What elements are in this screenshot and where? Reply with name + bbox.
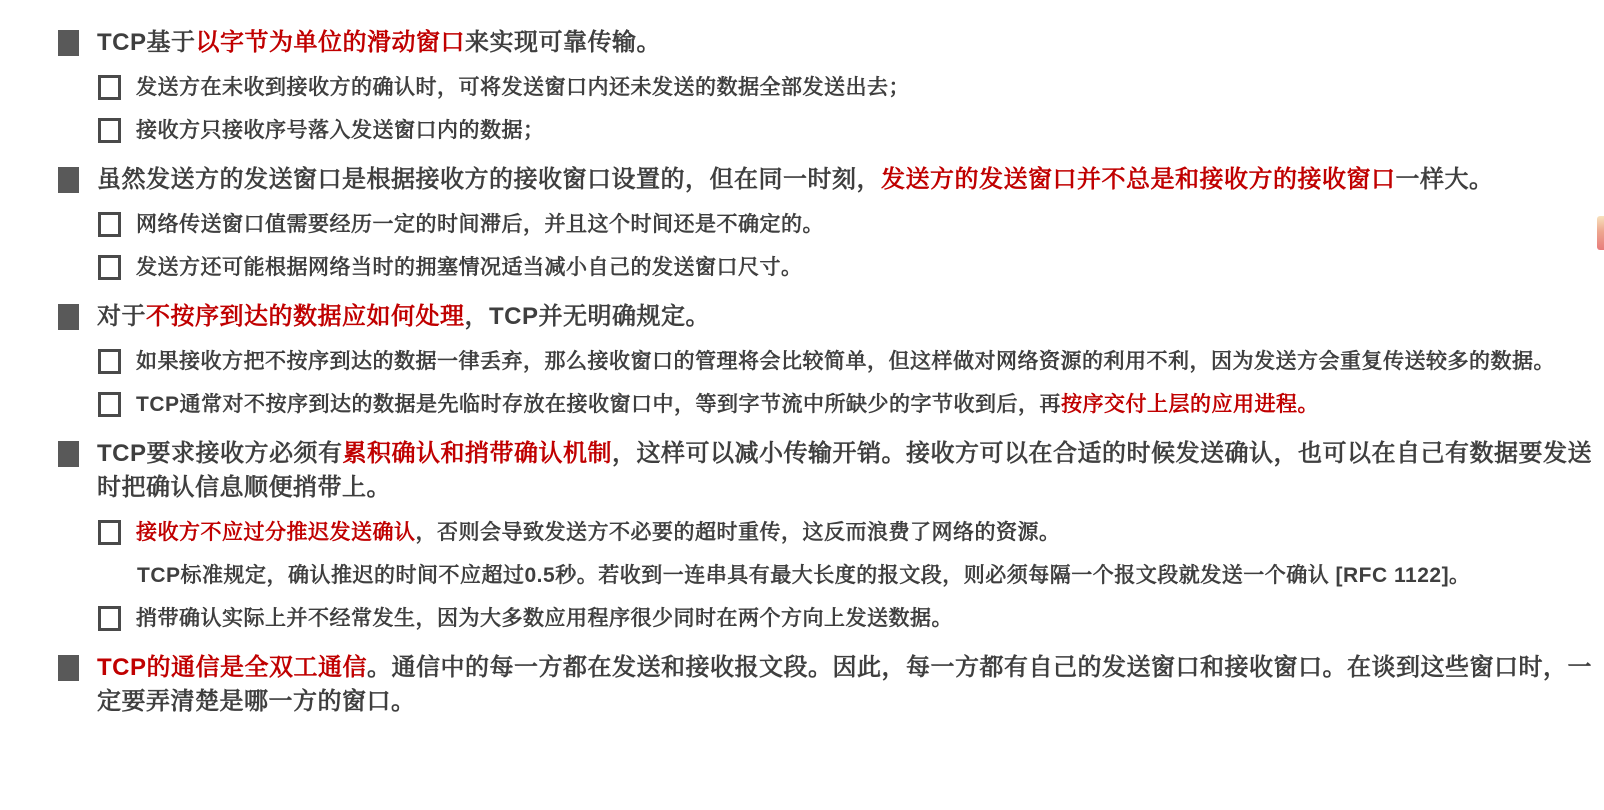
bullet-text: TCP标准规定，确认推迟的时间不应超过0.5秒。若收到一连串具有最大长度的报文段… [137,560,1596,591]
sub-bullet-item: 接收方只接收序号落入发送窗口内的数据； [98,115,1596,146]
emphasis-text: 发送方的发送窗口并不总是和接收方的接收窗口 [881,166,1396,193]
sub-bullet-item: 如果接收方把不按序到达的数据一律丢弃，那么接收窗口的管理将会比较简单，但这样做对… [98,346,1596,377]
bullet-list: TCP基于以字节为单位的滑动窗口来实现可靠传输。发送方在未收到接收方的确认时，可… [58,26,1596,719]
body-text: ，否则会导致发送方不必要的超时重传，这反而浪费了网络的资源。 [416,521,1061,544]
body-text: TCP标准规定，确认推迟的时间不应超过0.5秒。若收到一连串具有最大长度的报文段… [137,564,1471,587]
body-text: 网络传送窗口值需要经历一定的时间滞后，并且这个时间还是不确定的。 [136,213,824,236]
bullet-text: 发送方还可能根据网络当时的拥塞情况适当减小自己的发送窗口尺寸。 [136,252,1596,283]
body-text: ，TCP并无明确规定。 [465,303,711,330]
bullet-text: TCP基于以字节为单位的滑动窗口来实现可靠传输。 [97,26,1596,60]
hollow-square-bullet-icon [98,606,121,631]
bullet-text: 捎带确认实际上并不经常发生，因为大多数应用程序很少同时在两个方向上发送数据。 [136,603,1596,634]
body-text: 虽然发送方的发送窗口是根据接收方的接收窗口设置的，但在同一时刻， [97,166,881,193]
body-text: 一样大。 [1396,166,1494,193]
main-bullet-item: TCP基于以字节为单位的滑动窗口来实现可靠传输。 [58,26,1596,60]
filled-square-bullet-icon [58,655,79,681]
filled-square-bullet-icon [58,441,79,467]
body-text: 来实现可靠传输。 [465,29,661,56]
sub-bullet-item: 发送方在未收到接收方的确认时，可将发送窗口内还未发送的数据全部发送出去； [98,72,1596,103]
body-text: TCP通常对不按序到达的数据是先临时存放在接收窗口中，等到字节流中所缺少的字节收… [136,393,1061,416]
main-bullet-item: TCP的通信是全双工通信。通信中的每一方都在发送和接收报文段。因此，每一方都有自… [58,651,1596,719]
emphasis-text: 按序交付上层的应用进程。 [1061,393,1319,416]
hollow-square-bullet-icon [98,392,121,417]
hollow-square-bullet-icon [98,212,121,237]
bullet-text: 如果接收方把不按序到达的数据一律丢弃，那么接收窗口的管理将会比较简单，但这样做对… [136,346,1596,377]
hollow-square-bullet-icon [98,520,121,545]
body-text: TCP要求接收方必须有 [97,440,343,467]
body-text: 对于 [97,303,146,330]
bullet-text: 接收方不应过分推迟发送确认，否则会导致发送方不必要的超时重传，这反而浪费了网络的… [136,517,1596,548]
bullet-text: TCP的通信是全双工通信。通信中的每一方都在发送和接收报文段。因此，每一方都有自… [97,651,1596,719]
slide-canvas: TCP基于以字节为单位的滑动窗口来实现可靠传输。发送方在未收到接收方的确认时，可… [0,0,1604,810]
body-text: 如果接收方把不按序到达的数据一律丢弃，那么接收窗口的管理将会比较简单，但这样做对… [136,350,1555,373]
bullet-text: 发送方在未收到接收方的确认时，可将发送窗口内还未发送的数据全部发送出去； [136,72,1596,103]
bullet-text: 虽然发送方的发送窗口是根据接收方的接收窗口设置的，但在同一时刻，发送方的发送窗口… [97,163,1596,197]
filled-square-bullet-icon [58,30,79,56]
emphasis-text: TCP的通信是全双工通信 [97,654,367,681]
sub-bullet-item: TCP通常对不按序到达的数据是先临时存放在接收窗口中，等到字节流中所缺少的字节收… [98,389,1596,420]
body-text: 捎带确认实际上并不经常发生，因为大多数应用程序很少同时在两个方向上发送数据。 [136,607,953,630]
filled-square-bullet-icon [58,167,79,193]
body-text: 发送方在未收到接收方的确认时，可将发送窗口内还未发送的数据全部发送出去； [136,76,910,99]
sub-bullet-item: 捎带确认实际上并不经常发生，因为大多数应用程序很少同时在两个方向上发送数据。 [98,603,1596,634]
filled-square-bullet-icon [58,304,79,330]
emphasis-text: 累积确认和捎带确认机制 [343,440,613,467]
bullet-text: TCP通常对不按序到达的数据是先临时存放在接收窗口中，等到字节流中所缺少的字节收… [136,389,1596,420]
bullet-text: 接收方只接收序号落入发送窗口内的数据； [136,115,1596,146]
sub-bullet-item: 接收方不应过分推迟发送确认，否则会导致发送方不必要的超时重传，这反而浪费了网络的… [98,517,1596,548]
emphasis-text: 接收方不应过分推迟发送确认 [136,521,416,544]
body-text: TCP基于 [97,29,196,56]
sub-bullet-item: 网络传送窗口值需要经历一定的时间滞后，并且这个时间还是不确定的。 [98,209,1596,240]
note-paragraph: TCP标准规定，确认推迟的时间不应超过0.5秒。若收到一连串具有最大长度的报文段… [137,560,1596,591]
emphasis-text: 不按序到达的数据应如何处理 [146,303,465,330]
main-bullet-item: 对于不按序到达的数据应如何处理，TCP并无明确规定。 [58,300,1596,334]
bullet-text: 对于不按序到达的数据应如何处理，TCP并无明确规定。 [97,300,1596,334]
hollow-square-bullet-icon [98,349,121,374]
bullet-text: TCP要求接收方必须有累积确认和捎带确认机制，这样可以减小传输开销。接收方可以在… [97,437,1596,505]
main-bullet-item: TCP要求接收方必须有累积确认和捎带确认机制，这样可以减小传输开销。接收方可以在… [58,437,1596,505]
bullet-text: 网络传送窗口值需要经历一定的时间滞后，并且这个时间还是不确定的。 [136,209,1596,240]
body-text: 接收方只接收序号落入发送窗口内的数据； [136,119,545,142]
hollow-square-bullet-icon [98,118,121,143]
hollow-square-bullet-icon [98,255,121,280]
emphasis-text: 以字节为单位的滑动窗口 [196,29,466,56]
body-text: 发送方还可能根据网络当时的拥塞情况适当减小自己的发送窗口尺寸。 [136,256,803,279]
sub-bullet-item: 发送方还可能根据网络当时的拥塞情况适当减小自己的发送窗口尺寸。 [98,252,1596,283]
hollow-square-bullet-icon [98,75,121,100]
screen-edge-artifact [1597,216,1604,250]
main-bullet-item: 虽然发送方的发送窗口是根据接收方的接收窗口设置的，但在同一时刻，发送方的发送窗口… [58,163,1596,197]
